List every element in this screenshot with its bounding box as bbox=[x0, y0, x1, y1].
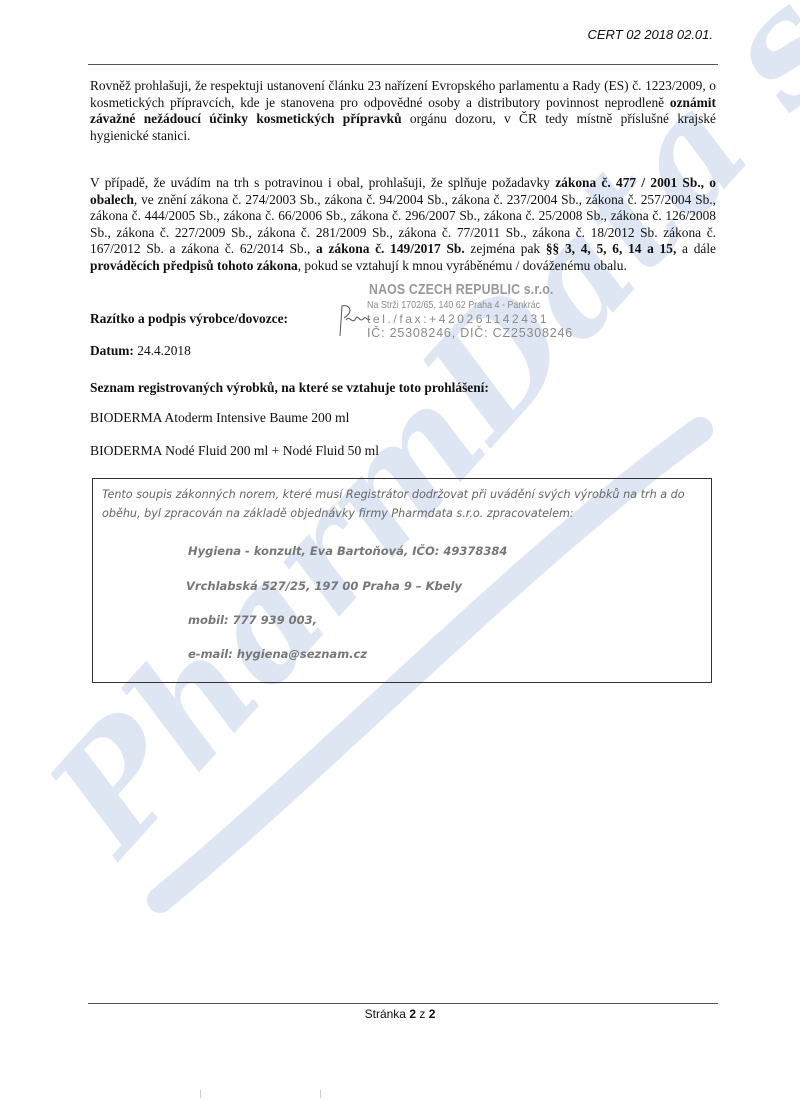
page-word: Stránka bbox=[365, 1007, 406, 1021]
date-line: Datum: 24.4.2018 bbox=[90, 343, 191, 359]
text: zejména pak bbox=[465, 241, 546, 256]
stamp-address: Na Strži 1702/65, 140 62 Praha 4 - Pankr… bbox=[367, 298, 540, 312]
products-heading: Seznam registrovaných výrobků, na které … bbox=[90, 380, 489, 396]
stamp-company: NAOS CZECH REPUBLIC s.r.o. bbox=[369, 283, 554, 297]
stamp-signature-label: Razítko a podpis výrobce/dovozce: bbox=[90, 311, 288, 327]
stamp-phone: tel./fax:+420261142431 bbox=[367, 312, 586, 326]
total-pages: 2 bbox=[429, 1007, 436, 1021]
processor-name: Hygiena - konzult, Eva Bartoňová, IČO: 4… bbox=[188, 544, 507, 558]
page-number: Stránka 2 z 2 bbox=[0, 1007, 800, 1021]
header-divider bbox=[88, 64, 718, 65]
date-label: Datum: bbox=[90, 343, 134, 358]
text: , pokud se vztahují k mnou vyráběnému / … bbox=[298, 258, 627, 273]
company-stamp: NAOS CZECH REPUBLIC s.r.o. Na Strži 1702… bbox=[395, 283, 586, 340]
scan-artifact bbox=[320, 1090, 321, 1098]
date-value: 24.4.2018 bbox=[137, 343, 191, 358]
processor-email: e-mail: hygiena@seznam.cz bbox=[188, 647, 367, 661]
footer-divider bbox=[88, 1003, 718, 1004]
scan-artifact bbox=[200, 1090, 201, 1098]
of-word: z bbox=[419, 1007, 425, 1021]
processor-address: Vrchlabská 527/25, 197 00 Praha 9 – Kbel… bbox=[186, 579, 462, 593]
stamp-ids: IČ: 25308246, DIČ: CZ25308246 bbox=[367, 326, 586, 340]
document-reference: CERT 02 2018 02.01. bbox=[587, 27, 713, 42]
product-item: BIODERMA Atoderm Intensive Baume 200 ml bbox=[90, 410, 349, 426]
processor-notice-box: Tento soupis zákonných norem, které musí… bbox=[92, 478, 712, 683]
processor-mobile: mobil: 777 939 003, bbox=[188, 613, 317, 627]
emphasis-text: §§ 3, 4, 5, 6, 14 a 15, bbox=[546, 241, 676, 256]
product-item: BIODERMA Nodé Fluid 200 ml + Nodé Fluid … bbox=[90, 443, 379, 459]
paragraph-packaging-declaration: V případě, že uvádím na trh s potravinou… bbox=[90, 175, 716, 274]
text: V případě, že uvádím na trh s potravinou… bbox=[90, 175, 555, 190]
paragraph-cosmetics-declaration: Rovněž prohlašuji, že respektuji ustanov… bbox=[90, 78, 716, 144]
emphasis-text: prováděcích předpisů tohoto zákona bbox=[90, 258, 298, 273]
notice-intro: Tento soupis zákonných norem, které musí… bbox=[102, 485, 707, 523]
signature-icon bbox=[336, 302, 376, 338]
text: a dále bbox=[676, 241, 716, 256]
emphasis-text: a zákona č. 149/2017 Sb. bbox=[316, 241, 465, 256]
current-page: 2 bbox=[409, 1007, 416, 1021]
text: Rovněž prohlašuji, že respektuji ustanov… bbox=[90, 78, 716, 110]
